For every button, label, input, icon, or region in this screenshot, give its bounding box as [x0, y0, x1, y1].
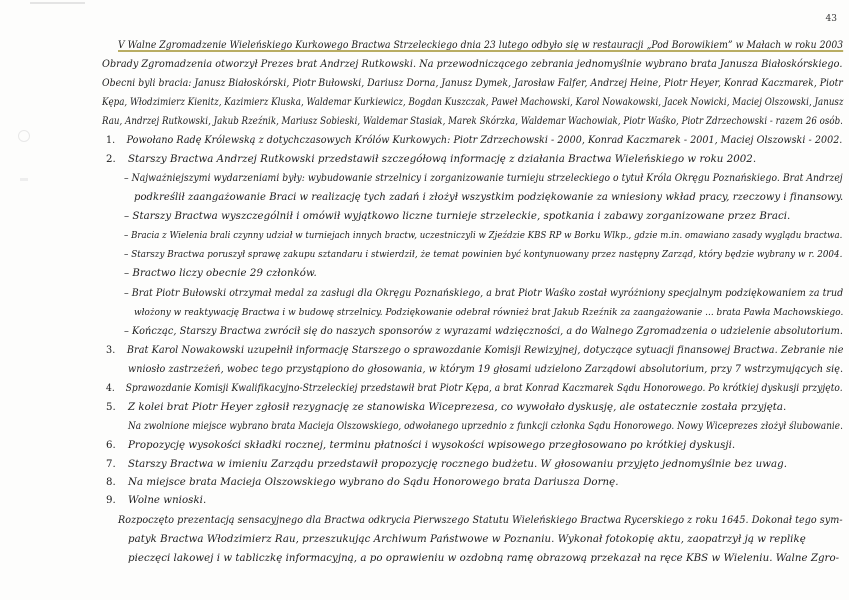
closing-paragraph-line: Rozpoczęto prezentacją sensacyjnego dla …: [118, 515, 843, 526]
document-title: V Walne Zgromadzenie Wieleńskiego Kurkow…: [118, 40, 843, 51]
item-2-subpoint: – Bracia z Wielenia brali czynny udział …: [124, 230, 842, 241]
item-2-subpoint: włożony w reaktywację Bractwa i w budowę…: [134, 307, 843, 318]
intro-line: Obecni byli bracia: Janusz Białoskórski,…: [102, 78, 843, 89]
intro-line: Obrady Zgromadzenia otworzył Prezes brat…: [102, 59, 842, 70]
scan-artifact: [30, 2, 85, 4]
item-text: Starszy Bractwa Andrzej Rutkowski przeds…: [128, 154, 756, 165]
item-text: Powołano Radę Królewską z dotychczasowyc…: [127, 135, 843, 146]
agenda-item-2: 2.Starszy Bractwa Andrzej Rutkowski prze…: [106, 154, 756, 165]
item-text: Na miejsce brata Macieja Olszowskiego wy…: [128, 477, 619, 488]
item-5-continuation: Na zwolnione miejsce wybrano brata Macie…: [128, 421, 843, 432]
agenda-item-4: 4.Sprawozdanie Komisji Kwalifikacyjno-St…: [106, 383, 843, 394]
closing-paragraph-line: patyk Bractwa Włodzimierz Rau, przeszuku…: [128, 534, 806, 545]
item-number: 2.: [106, 154, 128, 165]
item-3-continuation: wniosło zastrzeżeń, wobec tego przystąpi…: [128, 364, 843, 375]
intro-line: Kępa, Włodzimierz Kienitz, Kazimierz Klu…: [102, 97, 844, 108]
item-number: 5.: [106, 402, 128, 413]
agenda-item-1: 1.Powołano Radę Królewską z dotychczasow…: [106, 135, 842, 146]
scan-artifact: [18, 130, 30, 142]
item-text: Wolne wnioski.: [128, 495, 206, 506]
agenda-item-3: 3.Brat Karol Nowakowski uzupełnił inform…: [106, 345, 844, 356]
item-2-subpoint: – Najważniejszymi wydarzeniami były: wyb…: [124, 173, 843, 184]
item-text: Brat Karol Nowakowski uzupełnił informac…: [127, 345, 844, 356]
agenda-item-8: 8.Na miejsce brata Macieja Olszowskiego …: [106, 477, 619, 488]
agenda-item-6: 6.Propozycję wysokości składki rocznej, …: [106, 440, 735, 451]
item-2-subpoint: – Bractwo liczy obecnie 29 członków.: [124, 268, 317, 279]
item-number: 1.: [106, 135, 127, 146]
agenda-item-5: 5.Z kolei brat Piotr Heyer zgłosił rezyg…: [106, 402, 786, 413]
item-text: Propozycję wysokości składki rocznej, te…: [128, 440, 735, 451]
item-number: 3.: [106, 345, 127, 356]
item-number: 8.: [106, 477, 128, 488]
item-2-subpoint: – Starszy Bractwa wyszczególnił i omówił…: [124, 211, 790, 222]
scan-artifact: [20, 178, 28, 181]
item-2-subpoint: – Kończąc, Starszy Bractwa zwrócił się d…: [124, 326, 843, 337]
intro-line: Rau, Andrzej Rutkowski, Jakub Rzeźnik, M…: [102, 116, 843, 127]
item-text: Sprawozdanie Komisji Kwalifikacyjno-Strz…: [126, 383, 843, 394]
closing-paragraph-line: pieczęci lakowej i w tabliczkę informacy…: [128, 553, 839, 564]
item-2-subpoint: podkreślił zaangażowanie Braci w realiza…: [134, 192, 843, 203]
item-number: 6.: [106, 440, 128, 451]
item-text: Starszy Bractwa w imieniu Zarządu przeds…: [128, 459, 787, 470]
agenda-item-7: 7.Starszy Bractwa w imieniu Zarządu prze…: [106, 459, 787, 470]
page-number: 43: [826, 14, 837, 24]
item-2-subpoint: – Starszy Bractwa poruszył sprawę zakupu…: [124, 249, 842, 260]
item-number: 4.: [106, 383, 126, 394]
agenda-item-9: 9.Wolne wnioski.: [106, 495, 206, 506]
item-number: 7.: [106, 459, 128, 470]
item-number: 9.: [106, 495, 128, 506]
item-2-subpoint: – Brat Piotr Bułowski otrzymał medal za …: [124, 288, 843, 299]
item-text: Z kolei brat Piotr Heyer zgłosił rezygna…: [128, 402, 786, 413]
scanned-document-page: 43 V Walne Zgromadzenie Wieleńskiego Kur…: [0, 0, 849, 600]
